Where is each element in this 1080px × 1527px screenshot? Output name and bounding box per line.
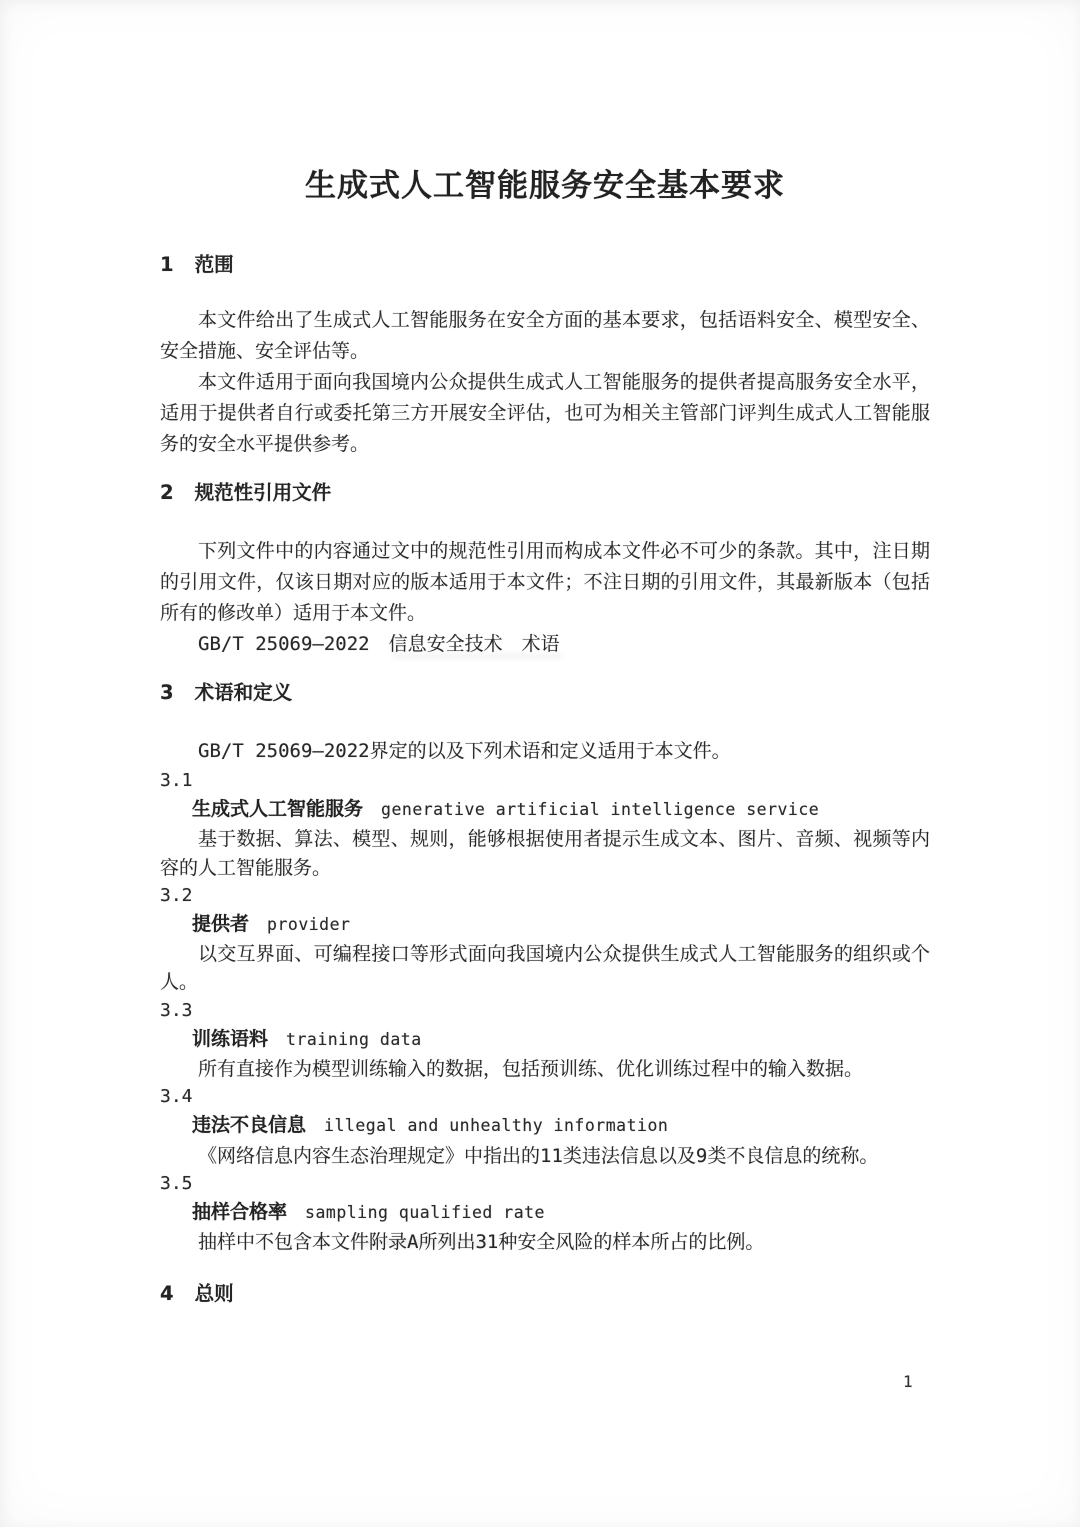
section-2-title: 规范性引用文件: [195, 481, 332, 504]
term-entry: 3.3 训练语料training data 所有直接作为模型训练输入的数据，包括…: [160, 997, 930, 1084]
section-2-number: 2: [160, 481, 174, 504]
document-page: 生成式人工智能服务安全基本要求 1范围 本文件给出了生成式人工智能服务在安全方面…: [0, 0, 1080, 1527]
section-1-paragraph-1: 本文件给出了生成式人工智能服务在安全方面的基本要求，包括语料安全、模型安全、安全…: [160, 305, 930, 367]
term-line: 生成式人工智能服务generative artificial intellige…: [160, 795, 930, 825]
section-1-heading: 1范围: [160, 253, 930, 277]
term-zh: 训练语料: [192, 1028, 268, 1050]
term-number: 3.4: [160, 1083, 930, 1111]
term-line: 违法不良信息illegal and unhealthy information: [160, 1111, 930, 1141]
section-3-title: 术语和定义: [195, 681, 293, 704]
term-en: sampling qualified rate: [305, 1203, 545, 1222]
term-entry: 3.5 抽样合格率sampling qualified rate 抽样中不包含本…: [160, 1170, 930, 1257]
section-4-heading: 4总则: [160, 1282, 930, 1306]
scan-artifact: [392, 653, 562, 659]
term-number: 3.2: [160, 882, 930, 910]
section-3-number: 3: [160, 681, 174, 704]
section-1-number: 1: [160, 253, 174, 276]
term-line: 提供者provider: [160, 910, 930, 940]
term-en: training data: [286, 1030, 422, 1049]
term-entry: 3.1 生成式人工智能服务generative artificial intel…: [160, 767, 930, 882]
term-definition: 基于数据、算法、模型、规则，能够根据使用者提示生成文本、图片、音频、视频等内容的…: [160, 825, 930, 881]
term-number: 3.5: [160, 1170, 930, 1198]
term-definition: 《网络信息内容生态治理规定》中指出的11类违法信息以及9类不良信息的统称。: [160, 1142, 930, 1170]
term-zh: 抽样合格率: [192, 1201, 287, 1223]
term-number: 3.1: [160, 767, 930, 795]
term-entry: 3.2 提供者provider 以交互界面、可编程接口等形式面向我国境内公众提供…: [160, 882, 930, 997]
term-zh: 违法不良信息: [192, 1114, 306, 1136]
section-1-title: 范围: [195, 253, 234, 276]
term-number: 3.3: [160, 997, 930, 1025]
document-title: 生成式人工智能服务安全基本要求: [160, 168, 930, 204]
term-definition: 抽样中不包含本文件附录A所列出31种安全风险的样本所占的比例。: [160, 1228, 930, 1256]
section-3-heading: 3术语和定义: [160, 681, 930, 705]
term-zh: 生成式人工智能服务: [192, 798, 363, 820]
term-en: provider: [267, 915, 350, 934]
section-4-number: 4: [160, 1282, 174, 1305]
term-zh: 提供者: [192, 913, 249, 935]
term-entry: 3.4 违法不良信息illegal and unhealthy informat…: [160, 1083, 930, 1170]
term-line: 抽样合格率sampling qualified rate: [160, 1198, 930, 1228]
term-en: generative artificial intelligence servi…: [381, 800, 819, 819]
term-definition: 所有直接作为模型训练输入的数据，包括预训练、优化训练过程中的输入数据。: [160, 1055, 930, 1083]
section-1-paragraph-2: 本文件适用于面向我国境内公众提供生成式人工智能服务的提供者提高服务安全水平，适用…: [160, 367, 930, 460]
scan-artifact: [356, 1239, 491, 1246]
section-4-title: 总则: [195, 1282, 234, 1305]
section-2-heading: 2规范性引用文件: [160, 481, 930, 505]
term-line: 训练语料training data: [160, 1025, 930, 1055]
page-number: 1: [903, 1372, 913, 1391]
term-en: illegal and unhealthy information: [324, 1116, 668, 1135]
section-2-paragraph-1: 下列文件中的内容通过文中的规范性引用而构成本文件必不可少的条款。其中，注日期的引…: [160, 536, 930, 629]
term-definition: 以交互界面、可编程接口等形式面向我国境内公众提供生成式人工智能服务的组织或个人。: [160, 940, 930, 996]
section-3-intro: GB/T 25069—2022界定的以及下列术语和定义适用于本文件。: [160, 736, 930, 767]
